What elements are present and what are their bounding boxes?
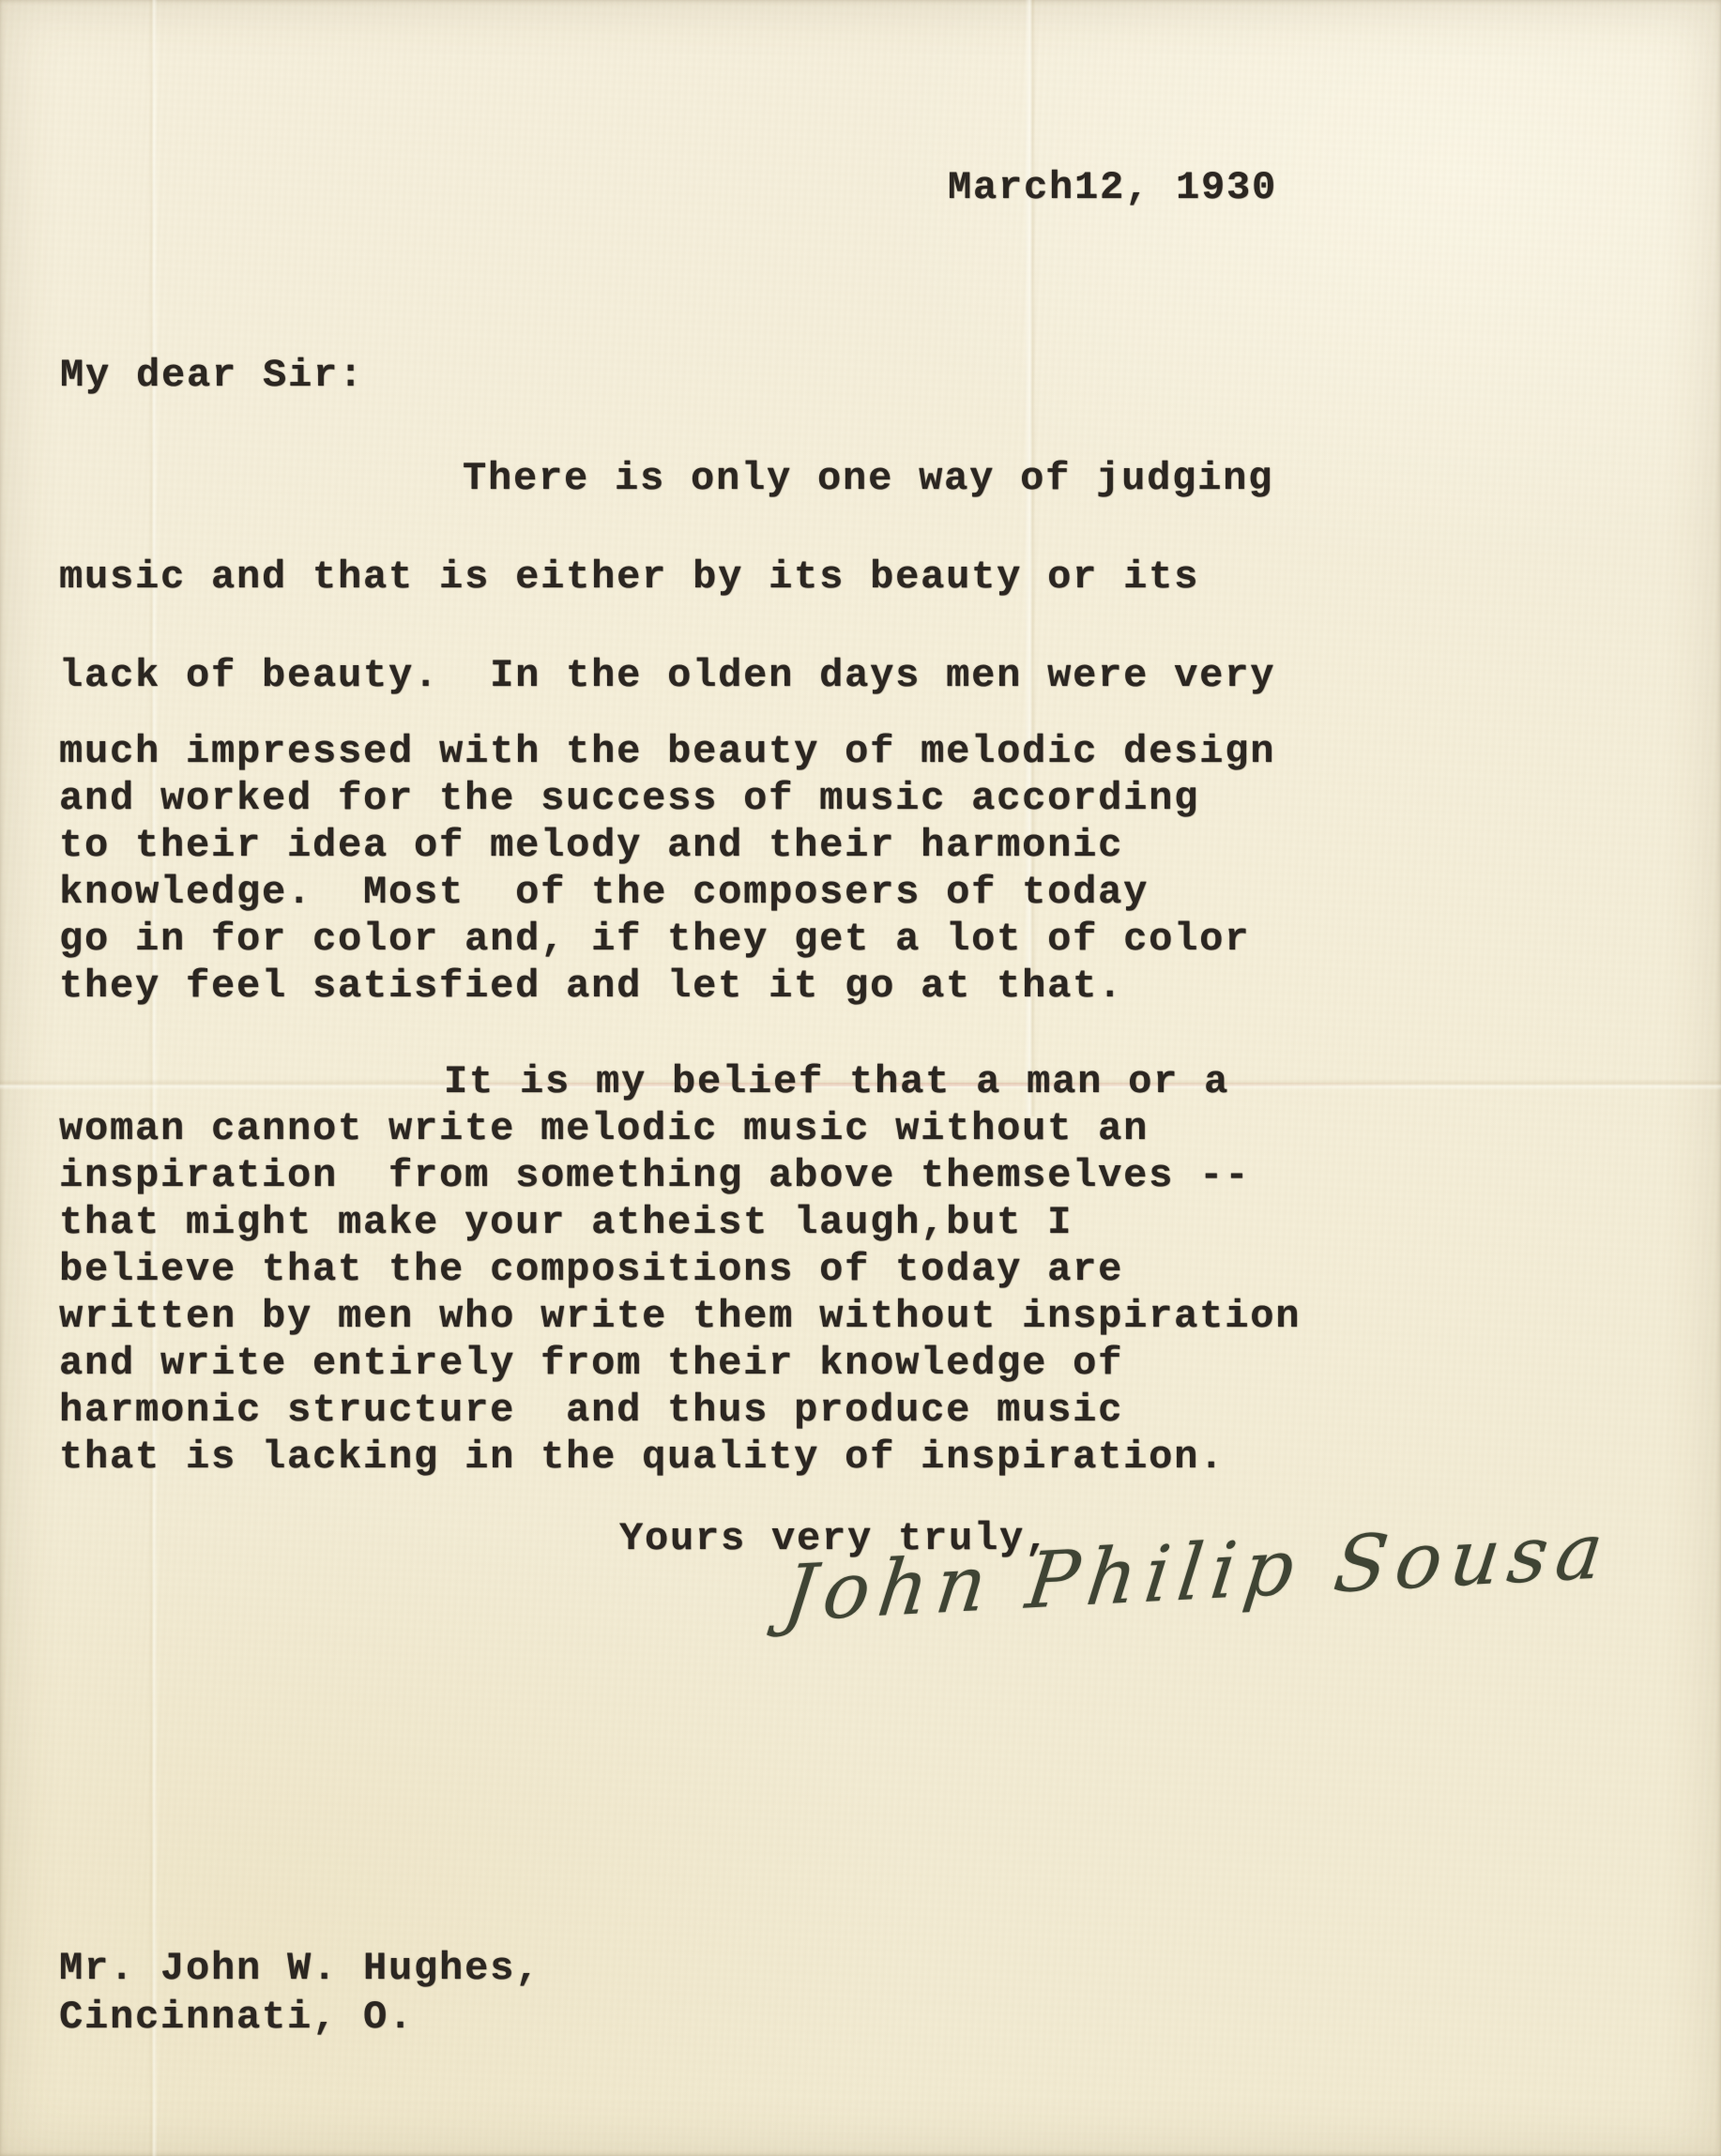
salutation: My dear Sir:: [60, 353, 364, 398]
letter-line: inspiration from something above themsel…: [59, 1152, 1301, 1199]
letter-line: woman cannot write melodic music without…: [59, 1105, 1301, 1152]
recipient-address-block: Mr. John W. Hughes, Cincinnati, O.: [59, 1944, 541, 2042]
letter-line: knowledge. Most of the composers of toda…: [59, 869, 1275, 916]
letter-line: much impressed with the beauty of melodi…: [59, 728, 1275, 775]
letter-line: harmonic structure and thus produce musi…: [59, 1387, 1301, 1434]
recipient-city: Cincinnati, O.: [59, 1993, 541, 2042]
paragraph-1-continued: much impressed with the beauty of melodi…: [59, 728, 1275, 1010]
letter-line: they feel satisfied and let it go at tha…: [59, 963, 1275, 1010]
recipient-name: Mr. John W. Hughes,: [59, 1944, 541, 1993]
letter-line: and worked for the success of music acco…: [59, 775, 1275, 822]
paragraph-2: It is my belief that a man or a woman ca…: [59, 1058, 1301, 1480]
letter-line: It is my belief that a man or a: [59, 1058, 1301, 1105]
letter-line: lack of beauty. In the olden days men we…: [59, 627, 1275, 725]
date-line: March12, 1930: [948, 165, 1277, 210]
paragraph-1-opening: There is only one way of judging music a…: [59, 430, 1275, 725]
letter-line: go in for color and, if they get a lot o…: [59, 916, 1275, 963]
letter-line: music and that is either by its beauty o…: [59, 528, 1275, 627]
letter-line: and write entirely from their knowledge …: [59, 1340, 1301, 1387]
letter-line: that might make your atheist laugh,but I: [59, 1199, 1301, 1246]
letter-line: There is only one way of judging: [59, 430, 1275, 528]
letter-line: to their idea of melody and their harmon…: [59, 822, 1275, 869]
letter-line: believe that the compositions of today a…: [59, 1246, 1301, 1293]
letter-line: that is lacking in the quality of inspir…: [59, 1434, 1301, 1480]
letter-page: March12, 1930 My dear Sir: There is only…: [0, 0, 1721, 2156]
letter-line: written by men who write them without in…: [59, 1293, 1301, 1340]
